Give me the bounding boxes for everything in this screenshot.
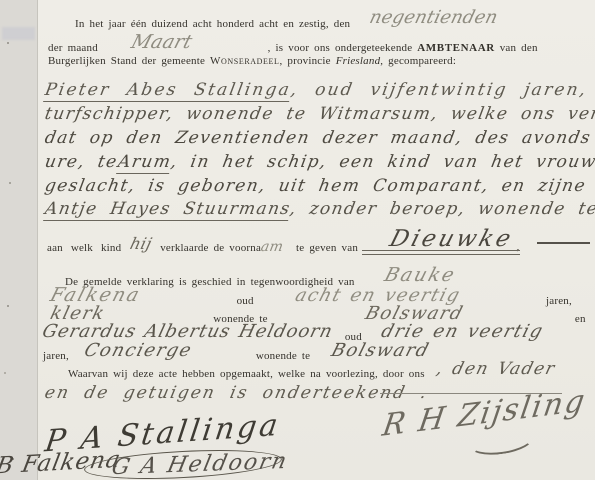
witness1-first-name: Bauke [382, 264, 459, 286]
witness2-occupation: Concierge [82, 340, 195, 361]
printed-ambtenaar-word: AMBTENAAR [417, 42, 495, 54]
witness2-name: Gerardus Albertus Heldoorn [40, 321, 335, 342]
father-occupation-text: turfschipper, wonende te Witmarsum, welk… [43, 104, 595, 124]
printed-month-label: der maand [48, 42, 98, 54]
child-name: Dieuwke [387, 226, 517, 252]
opening-line-3: Burgerlijken Stand der gemeente Wonserad… [48, 55, 456, 67]
hw-declaration-line-3: dat op den Zeventienden dezer maand, des… [45, 128, 595, 148]
father-name: Pieter Abes Stallinga [43, 80, 293, 102]
printed-ambtenaar-post: van den [495, 42, 538, 54]
born-text: geslacht, is geboren, uit hem Comparant,… [43, 176, 595, 196]
birth-ship-text: , in het schip, een kind van het vrouwel… [169, 152, 595, 172]
child-name-underline-1 [362, 250, 520, 251]
hw-declaration-line-4: ure, te Arum, in het schip, een kind van… [45, 152, 595, 174]
printed-wonende-te-2: wonende te [256, 350, 310, 362]
scanned-birth-certificate: In het jaar één duizend acht honderd ach… [0, 0, 595, 480]
printed-en: en [575, 313, 586, 325]
witness2-line-2: jaren, Concierge wonende te Bolsward [43, 343, 429, 364]
birth-hour-text: ure, te [43, 152, 119, 172]
printed-closing-text: Waarvan wij deze acte hebben opgemaakt, … [68, 368, 425, 380]
hw-declaration-line-5: geslacht, is geboren, uit hem Comparant,… [45, 176, 595, 196]
child-name-underline-2 [362, 254, 520, 255]
printed-aan-welk-kind: aan welk kind [47, 242, 121, 254]
opening-line-2: der maand Maart , is voor ons ondergetee… [48, 34, 538, 56]
faint-archive-stamp [2, 27, 35, 40]
hw-declaration-line-2: turfschipper, wonende te Witmarsum, welk… [45, 104, 595, 124]
hw-voornaam-suffix: am [260, 239, 285, 255]
mother-name: Antje Hayes Stuurmans [43, 199, 292, 221]
father-age-text: , oud vijfentwintig jaren, [289, 80, 589, 100]
scan-left-margin [0, 0, 37, 480]
printed-year-text: In het jaar één duizend acht honderd ach… [75, 18, 350, 30]
printed-verklaarde: verklaarde de voorna [160, 242, 261, 254]
printed-stand-text: Burgerlijken Stand der gemeente [48, 55, 210, 67]
naming-dash [537, 242, 590, 244]
opening-line-1: In het jaar één duizend acht honderd ach… [75, 11, 497, 32]
printed-provincie-label: , provincie [279, 55, 335, 67]
hw-declaration-line-6: Antje Hayes Stuurmans, zonder beroep, wo… [45, 199, 595, 221]
printed-provincie-name: Friesland [336, 55, 381, 67]
hw-day-entry: negentienden [368, 7, 501, 28]
hw-den-vader: , den Vader [434, 359, 558, 379]
hw-declaration-line-1: Pieter Abes Stallinga, oud vijfentwintig… [45, 80, 587, 102]
closing-line-2: en de getuigen is onderteekend . [45, 383, 428, 403]
hw-month-entry: Maart [129, 31, 195, 53]
birthplace-name: Arum [116, 152, 173, 174]
closing-line-1: Waarvan wij deze acte hebben opgemaakt, … [68, 362, 554, 382]
printed-ambtenaar-pre: , is voor ons ondergeteekende [268, 42, 418, 54]
scan-dust-specks [7, 42, 9, 44]
witness2-place: Bolsward [329, 340, 432, 361]
hw-pronoun: hij [128, 234, 154, 253]
printed-te-geven-van: te geven van [296, 242, 358, 254]
hw-onderteekend: en de getuigen is onderteekend . [43, 383, 430, 403]
mother-occupation-text: , zonder beroep, wonende te Witmarsum, [289, 199, 595, 219]
witness2-age: drie en veertig [379, 321, 546, 342]
printed-jaren-2: jaren, [43, 350, 69, 362]
printed-gemeente-name: Wonseradeel [210, 55, 279, 67]
printed-gecompareerd: , gecompareerd: [380, 55, 456, 67]
birth-date-text: dat op den Zeventienden dezer maand, des… [43, 128, 595, 148]
